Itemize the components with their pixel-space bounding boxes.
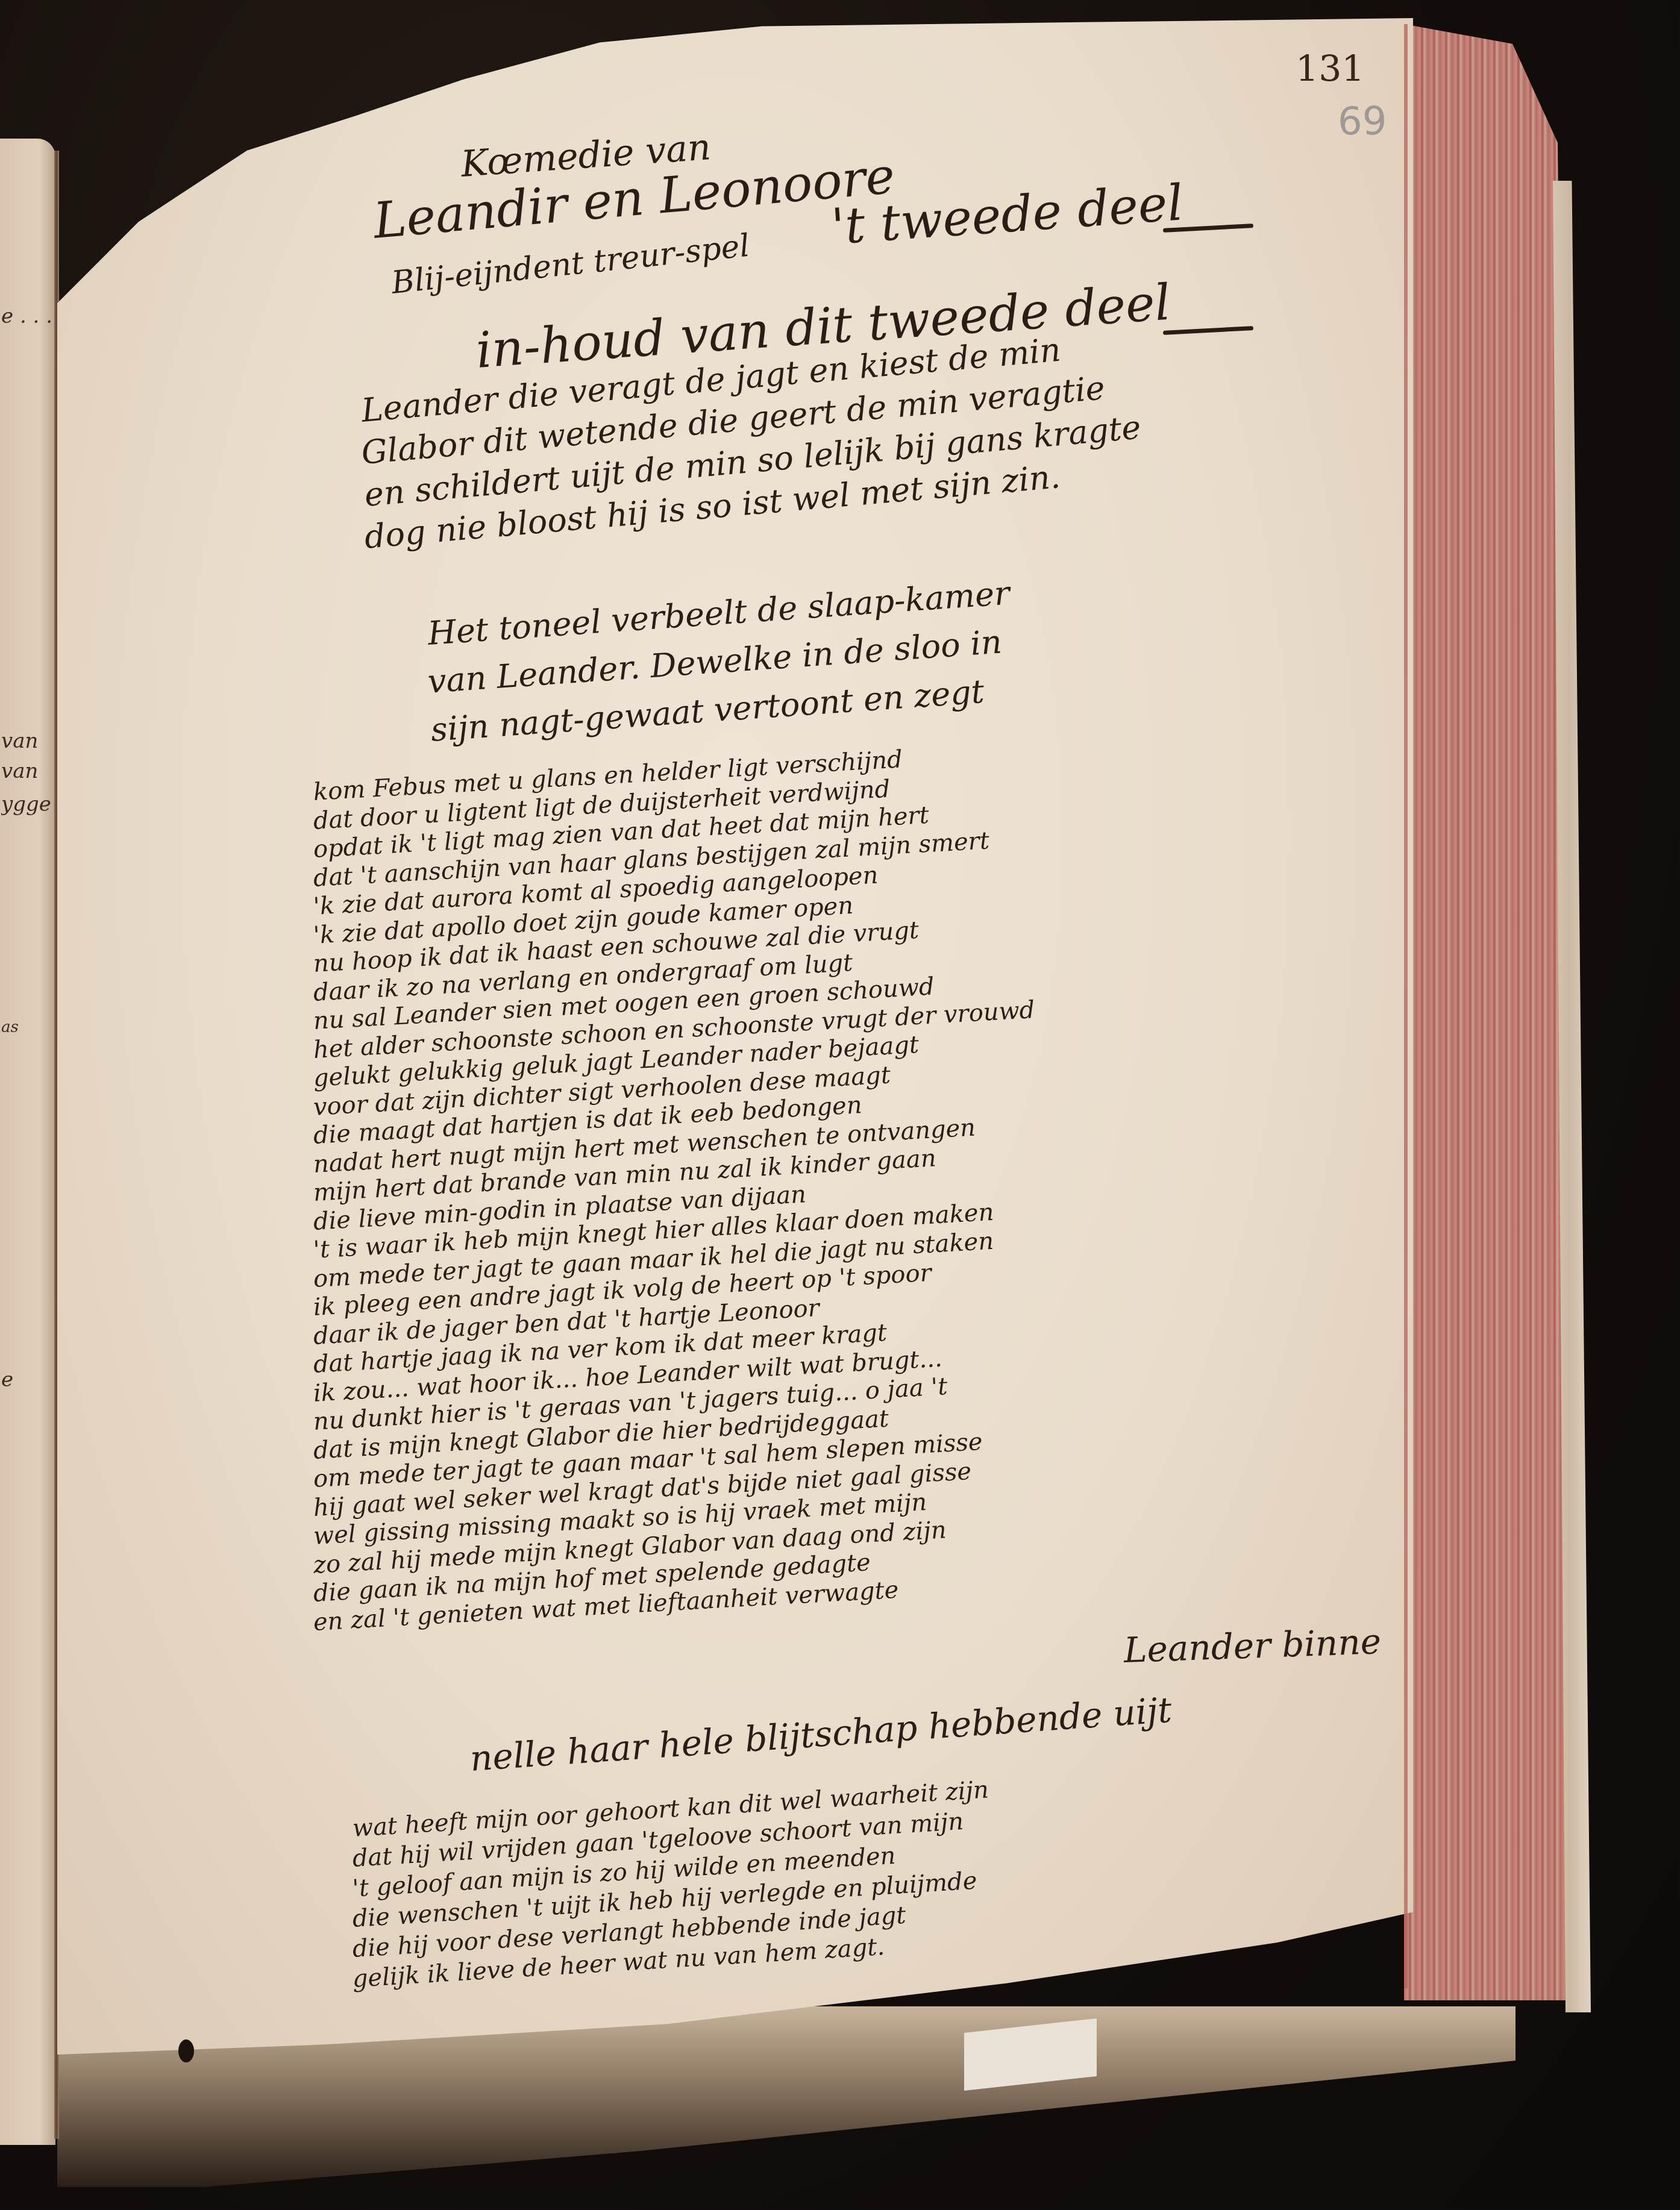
left-page-fragment: van	[1, 759, 54, 783]
left-facing-page	[0, 139, 55, 2145]
page-number: 131	[1296, 48, 1365, 90]
left-page-fragment: van	[1, 729, 54, 753]
ink-blot	[178, 2039, 194, 2062]
pencil-folio-number: 69	[1338, 99, 1387, 144]
left-page-fragment: ygge	[1, 792, 54, 816]
page-edge-rule	[1404, 24, 1408, 1988]
left-page-fragment: e . . .	[1, 304, 54, 328]
left-page-fragment: e	[1, 1368, 54, 1392]
left-page-fragment: as	[1, 1018, 54, 1036]
